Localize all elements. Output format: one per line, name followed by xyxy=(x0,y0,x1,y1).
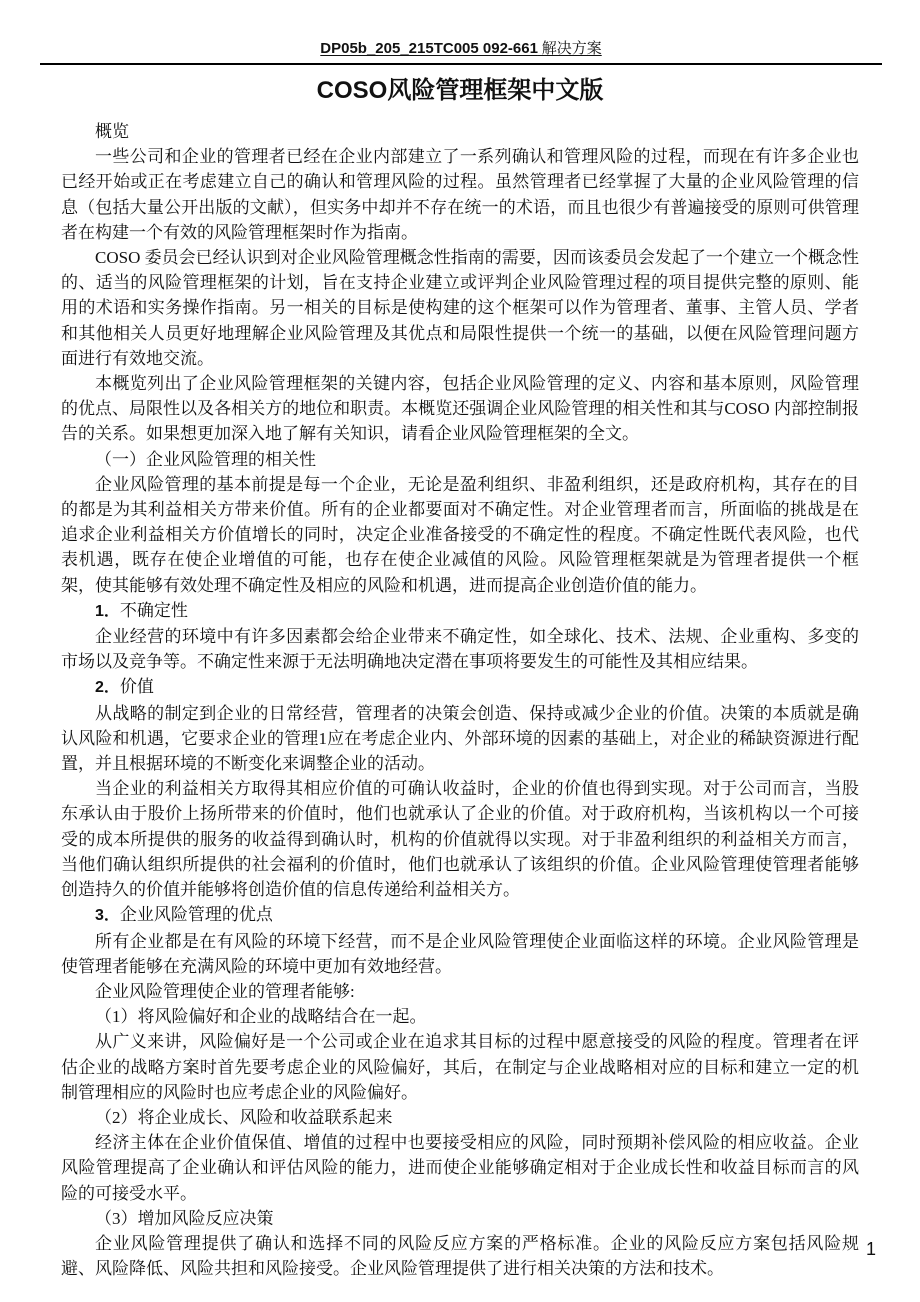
paragraph: 从战略的制定到企业的日常经营，管理者的决策会创造、保持或减少企业的价值。决策的本… xyxy=(61,701,859,777)
page-number: 1 xyxy=(866,1239,876,1260)
paragraph: COSO 委员会已经认识到对企业风险管理概念性指南的需要，因而该委员会发起了一个… xyxy=(61,245,859,371)
title-latin: COSO xyxy=(317,77,388,104)
paragraph: 3．企业风险管理的优点 xyxy=(61,902,859,928)
paragraph: 所有企业都是在有风险的环境下经营，而不是企业风险管理使企业面临这样的环境。企业风… xyxy=(61,929,859,979)
header-text: DP05b_205_215TC005 092-661 解决方案 xyxy=(320,41,601,57)
paragraph: 概览 xyxy=(61,119,859,144)
document-body: 概览一些公司和企业的管理者已经在企业内部建立了一系列确认和管理风险的过程，而现在… xyxy=(61,119,859,1281)
paragraph: （2）将企业成长、风险和收益联系起来 xyxy=(61,1105,859,1130)
page-header: DP05b_205_215TC005 092-661 解决方案 xyxy=(40,40,882,65)
heading-number: 1． xyxy=(95,603,120,620)
page-title: COSO风险管理框架中文版 xyxy=(0,76,920,106)
paragraph: （3）增加风险反应决策 xyxy=(61,1206,859,1231)
document-page: DP05b_205_215TC005 092-661 解决方案 COSO风险管理… xyxy=(0,0,920,1302)
paragraph: 企业经营的环境中有许多因素都会给企业带来不确定性，如全球化、技术、法规、企业重构… xyxy=(61,624,859,674)
title-chinese: 风险管理框架中文版 xyxy=(387,78,603,104)
paragraph: 经济主体在企业价值保值、增值的过程中也要接受相应的风险，同时预期补偿风险的相应收… xyxy=(61,1130,859,1206)
paragraph: （1）将风险偏好和企业的战略结合在一起。 xyxy=(61,1004,859,1029)
paragraph: 本概览列出了企业风险管理框架的关键内容，包括企业风险管理的定义、内容和基本原则，… xyxy=(61,371,859,447)
paragraph: 从广义来讲，风险偏好是一个公司或企业在追求其目标的过程中愿意接受的风险的程度。管… xyxy=(61,1029,859,1105)
paragraph: 企业风险管理使企业的管理者能够: xyxy=(61,979,859,1004)
paragraph: 1．不确定性 xyxy=(61,598,859,624)
paragraph: 当企业的利益相关方取得其相应价值的可确认收益时，企业的价值也得到实现。对于公司而… xyxy=(61,776,859,902)
paragraph: （一）企业风险管理的相关性 xyxy=(61,447,859,472)
paragraph: 企业风险管理的基本前提是每一个企业，无论是盈利组织、非盈利组织，还是政府机构，其… xyxy=(61,472,859,598)
doc-code-suffix: 解决方案 xyxy=(538,41,602,57)
heading-number: 3． xyxy=(95,907,120,924)
paragraph: 企业风险管理提供了确认和选择不同的风险反应方案的严格标准。企业的风险反应方案包括… xyxy=(61,1231,859,1281)
doc-code: DP05b_205_215TC005 092-661 xyxy=(320,40,538,57)
paragraph: 2．价值 xyxy=(61,674,859,700)
heading-number: 2． xyxy=(95,679,120,696)
paragraph: 一些公司和企业的管理者已经在企业内部建立了一系列确认和管理风险的过程，而现在有许… xyxy=(61,144,859,245)
